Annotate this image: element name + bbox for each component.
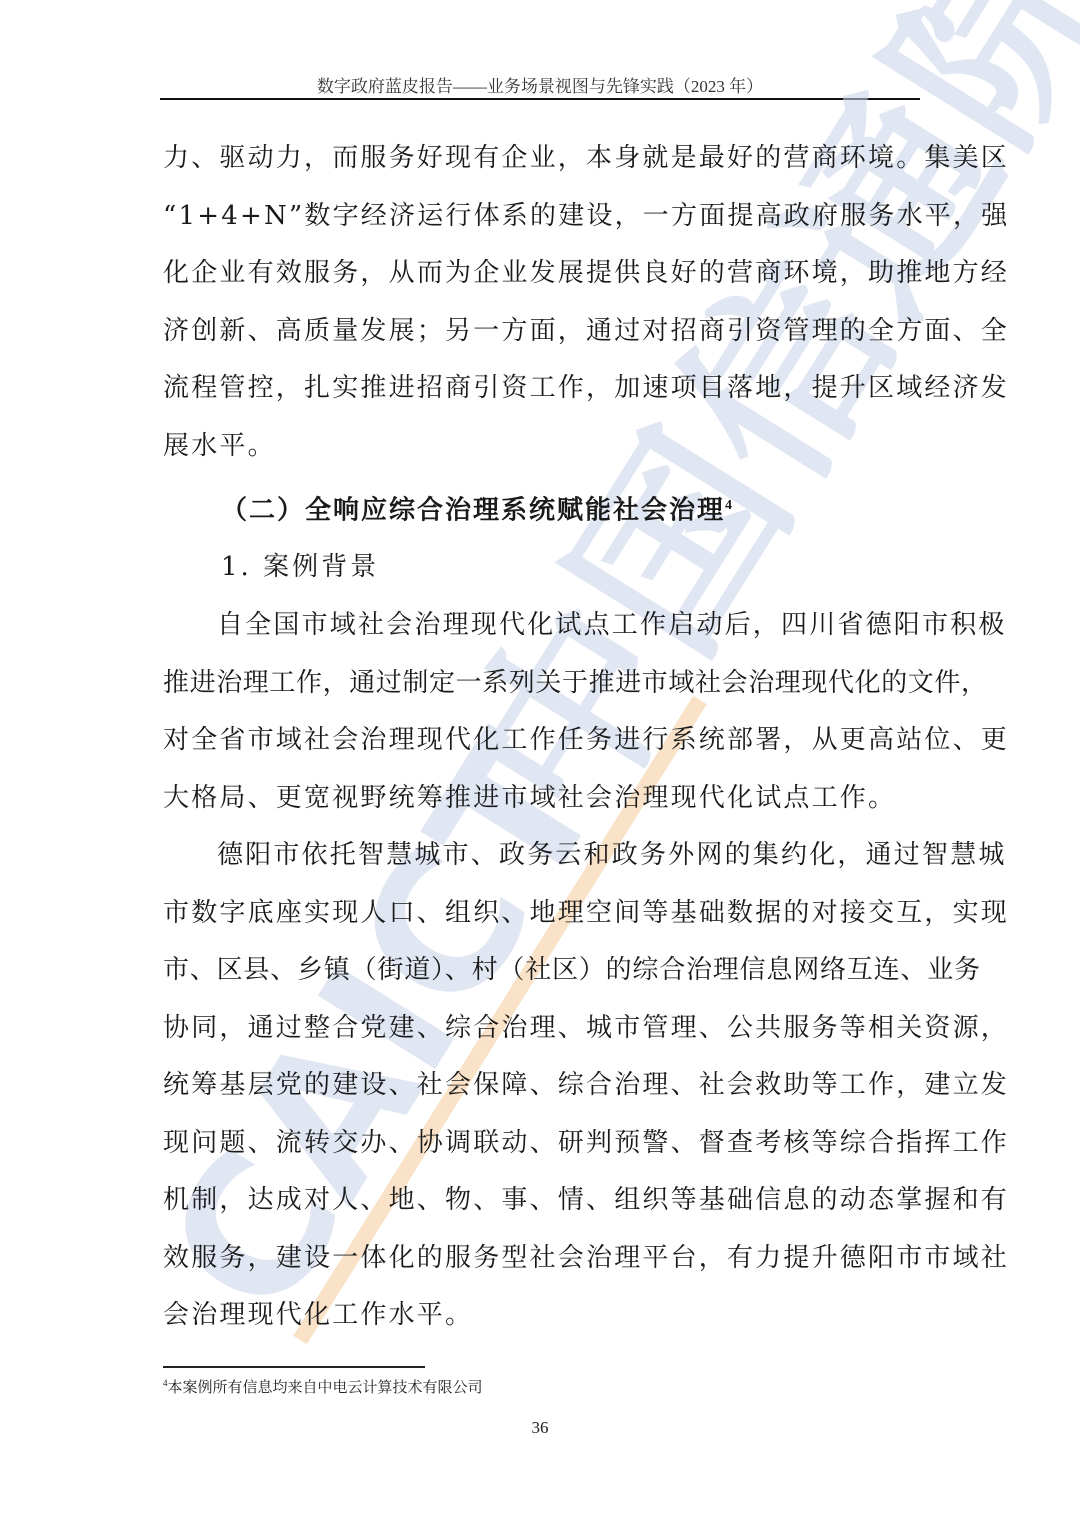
subsection-heading: 1. 案例背景 [163, 537, 920, 597]
text-line: 效服务，建设一体化的服务型社会治理平台，有力提升德阳市市域社 [163, 1230, 920, 1288]
text-line: 现问题、流转交办、协调联动、研判预警、督查考核等综合指挥工作 [163, 1115, 920, 1173]
page-number: 36 [0, 1418, 1080, 1438]
footnote: 4本案例所有信息均来自中电云计算技术有限公司 [163, 1376, 483, 1397]
footnote-text: 本案例所有信息均来自中电云计算技术有限公司 [168, 1380, 483, 1396]
text-line: 自全国市域社会治理现代化试点工作启动后，四川省德阳市积极 [163, 597, 920, 655]
page-body: 力、驱动力，而服务好现有企业，本身就是最好的营商环境。集美区 “1+4+N”数字… [163, 130, 920, 1345]
text-line: 济创新、高质量发展；另一方面，通过对招商引资管理的全方面、全 [163, 303, 920, 361]
text-line: 德阳市依托智慧城市、政务云和政务外网的集约化，通过智慧城 [163, 827, 920, 885]
header-divider [160, 98, 920, 100]
text-line: 展水平。 [163, 418, 920, 476]
paragraph-1: 力、驱动力，而服务好现有企业，本身就是最好的营商环境。集美区 “1+4+N”数字… [163, 130, 920, 475]
text-line: 会治理现代化工作水平。 [163, 1287, 920, 1345]
text-line: 统筹基层党的建设、社会保障、综合治理、社会救助等工作，建立发 [163, 1057, 920, 1115]
paragraph-3: 德阳市依托智慧城市、政务云和政务外网的集约化，通过智慧城 市数字底座实现人口、组… [163, 827, 920, 1345]
text-line: 力、驱动力，而服务好现有企业，本身就是最好的营商环境。集美区 [163, 130, 920, 188]
text-line: 化企业有效服务，从而为企业发展提供良好的营商环境，助推地方经 [163, 245, 920, 303]
section-heading: （二）全响应综合治理系统赋能社会治理4 [163, 475, 920, 537]
footnote-ref[interactable]: 4 [725, 498, 734, 513]
text-line: 机制，达成对人、地、物、事、情、组织等基础信息的动态掌握和有 [163, 1172, 920, 1230]
text-line: 流程管控，扎实推进招商引资工作，加速项目落地，提升区域经济发 [163, 360, 920, 418]
text-line: “1+4+N”数字经济运行体系的建设，一方面提高政府服务水平，强 [163, 188, 920, 246]
section-heading-text: （二）全响应综合治理系统赋能社会治理 [221, 496, 725, 526]
text-line: 推进治理工作，通过制定一系列关于推进市域社会治理现代化的文件， [163, 655, 920, 713]
text-line: 市数字底座实现人口、组织、地理空间等基础数据的对接交互，实现 [163, 885, 920, 943]
footnote-divider [163, 1366, 425, 1368]
text-line: 对全省市域社会治理现代化工作任务进行系统部署，从更高站位、更 [163, 712, 920, 770]
running-header: 数字政府蓝皮报告——业务场景视图与先锋实践（2023 年） [160, 72, 920, 97]
text-line: 市、区县、乡镇（街道）、村（社区）的综合治理信息网络互连、业务 [163, 942, 920, 1000]
text-line: 协同，通过整合党建、综合治理、城市管理、公共服务等相关资源， [163, 1000, 920, 1058]
paragraph-2: 自全国市域社会治理现代化试点工作启动后，四川省德阳市积极 推进治理工作，通过制定… [163, 597, 920, 827]
text-line: 大格局、更宽视野统筹推进市域社会治理现代化试点工作。 [163, 770, 920, 828]
